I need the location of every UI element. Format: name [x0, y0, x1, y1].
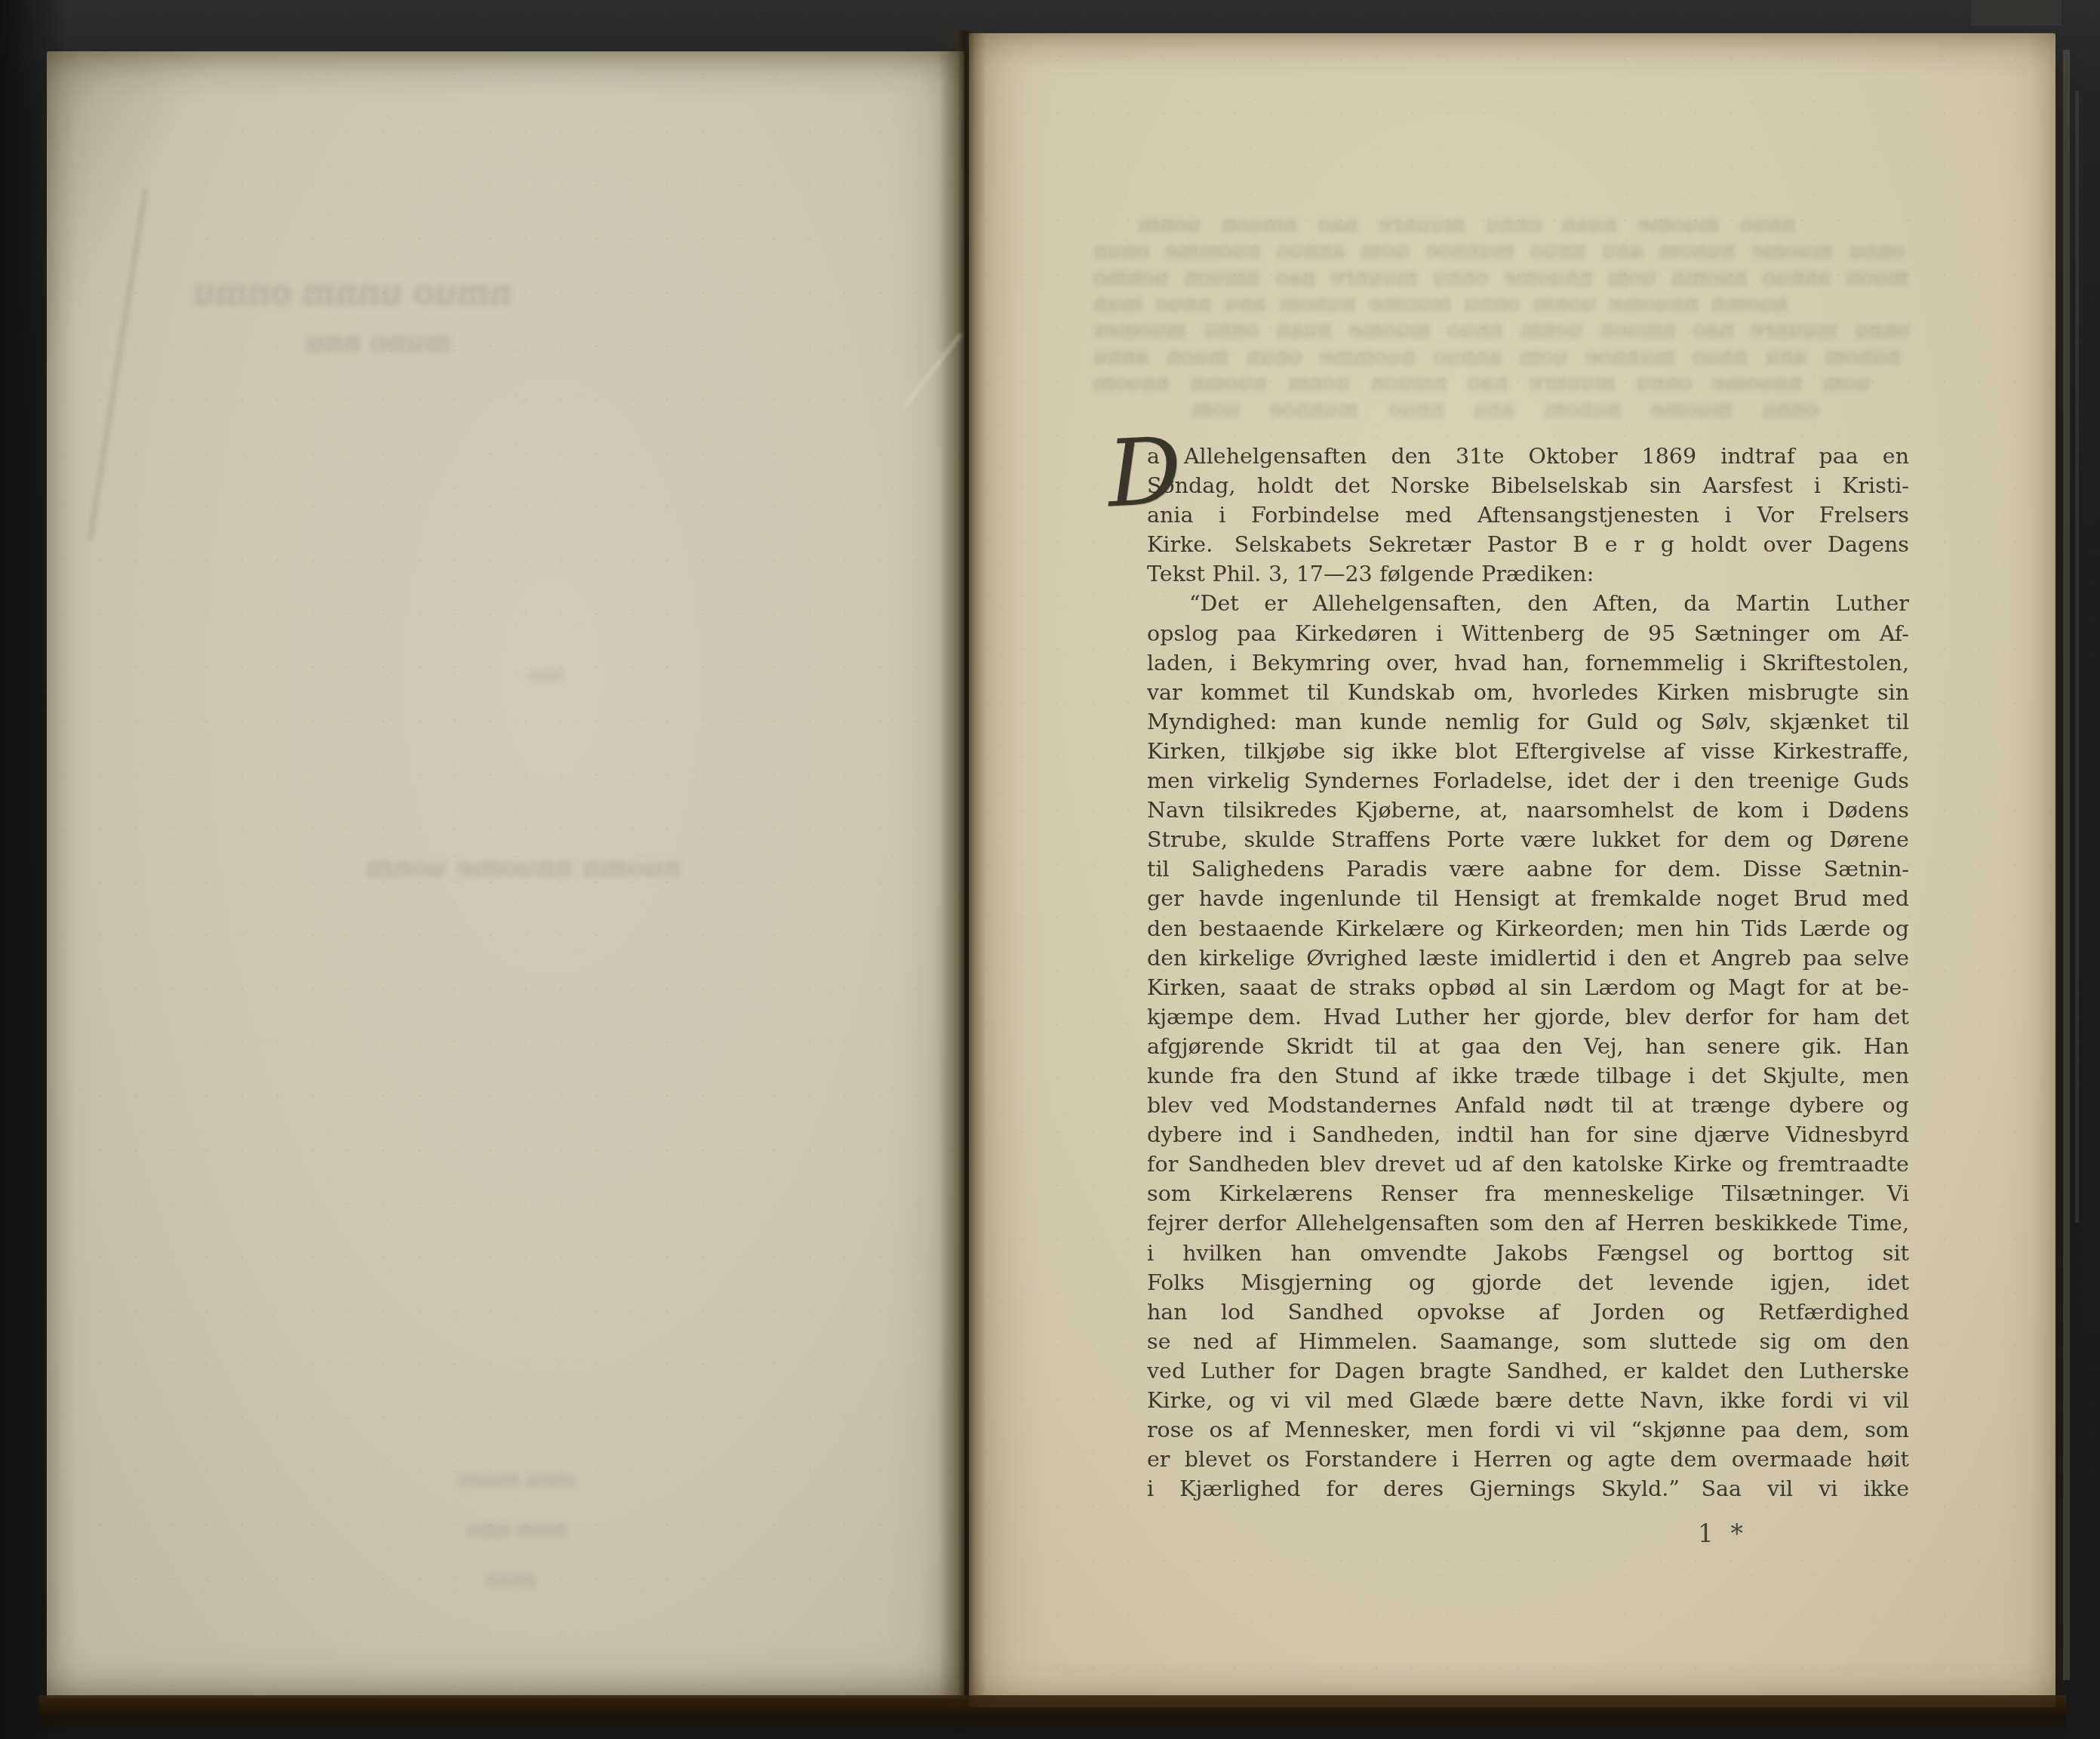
opening-paragraph: D a Allehelgensaften den 31te Oktober 18…: [1147, 442, 1909, 589]
text-line: “Det er Allehelgensaften, den Aften, da …: [1147, 589, 1909, 618]
stacked-page-edge: [2075, 91, 2079, 1223]
bleedthrough-line: uom nnuome onnu muunre nao nmuon uonm nu…: [1093, 370, 1871, 396]
text-line: Kirke, og vi vil med Glæde bære dette Na…: [1147, 1386, 1909, 1415]
text-line: Tekst Phil. 3, 17—23 følgende Prædiken:: [1147, 559, 1909, 589]
text-line: i Kjærlighed for deres Gjernings Skyld.”…: [1147, 1474, 1909, 1504]
bleedthrough-line: onnu muome nunom anu nnuo munnoe uom: [1191, 396, 1818, 423]
bleedthrough-line: nuomn nnuome uonm: [335, 850, 712, 883]
text-line: i hvilken han omvendte Jakobs Fængsel og…: [1147, 1239, 1909, 1268]
text-line: Kirken, saaat de straks opbød al sin Lær…: [1147, 973, 1909, 1002]
bleedthrough-line: nuomn nnuome uonm onnu muome nunom anu n…: [1093, 291, 1788, 317]
text-line: kjæmpe dem. Hvad Luther her gjorde, blev…: [1147, 1002, 1909, 1032]
text-line: Myndighed: man kunde nemlig for Guld og …: [1147, 707, 1909, 737]
stacked-page-edge: [2063, 50, 2070, 1680]
text-line: a Allehelgensaften den 31te Oktober 1869…: [1147, 442, 1909, 471]
page-gutter: [939, 30, 985, 1709]
text-line: for Sandheden blev drevet ud af den kato…: [1147, 1150, 1909, 1179]
text-line: Kirke. Selskabets Sekretær Pastor B e r …: [1147, 530, 1909, 559]
text-line: han lod Sandhed opvokse af Jorden og Ret…: [1147, 1297, 1909, 1327]
text-line: ania i Forbindelse med Aftensangstjenest…: [1147, 500, 1909, 530]
bleedthrough-line: onnu muome nunom anu nnuo munnoe uom ann…: [1093, 238, 1905, 264]
text-line: ved Luther for Dagen bragte Sandhed, er …: [1147, 1356, 1909, 1386]
text-line: Søndag, holdt det Norske Bibelselskab si…: [1147, 471, 1909, 500]
page-text-block: D a Allehelgensaften den 31te Oktober 18…: [1147, 442, 1909, 1504]
bleedthrough-line: nunom anu nnuo munnoe uom annuo nuomme o…: [1093, 343, 1901, 370]
text-line: rose os af Mennesker, men fordi vi vil “…: [1147, 1415, 1909, 1445]
bleedthrough-line: onnu muunre nao nmuon uonm nnuo muome nu…: [1093, 317, 1910, 343]
text-line: den bestaaende Kirkelære og Kirkeorden; …: [1147, 914, 1909, 943]
bleedthrough-line: onnu muom: [423, 1469, 611, 1491]
text-line: Folks Misgjerning og gjorde det levende …: [1147, 1268, 1909, 1297]
right-page-bleedthrough: nnuo muome nuan onnu muunre nao nmuon uo…: [1093, 211, 1912, 423]
text-line: ger havde ingenlunde til Hensigt at frem…: [1147, 884, 1909, 913]
book-spread-photo: nmuo unnm onmumuno nnunnonuomn nnuome uo…: [0, 0, 2100, 1739]
bleedthrough-line: nnuo: [458, 1568, 564, 1591]
text-line: blev ved Modstandernes Anfald nødt til a…: [1147, 1091, 1909, 1120]
text-line: men virkelig Syndernes Forladelse, idet …: [1147, 766, 1909, 796]
bleedthrough-line: muno nnu: [273, 325, 484, 358]
signature-mark: 1 *: [1698, 1519, 1864, 1548]
stacked-page-edge: [1971, 0, 2062, 26]
text-line: som Kirkelærens Renser fra menneskelige …: [1147, 1179, 1909, 1208]
page-crease: [88, 189, 146, 540]
text-line: fejrer derfor Allehelgensaften som den a…: [1147, 1208, 1909, 1238]
bleedthrough-line: nmuo unnm onmu: [175, 272, 530, 312]
text-line: dybere ind i Sandheden, indtil han for s…: [1147, 1120, 1909, 1150]
text-line: Navn tilsikredes Kjøberne, at, naarsomhe…: [1147, 796, 1909, 825]
text-line: til Salighedens Paradis være aabne for d…: [1147, 854, 1909, 884]
page-bottom-shadow: [39, 1695, 2066, 1734]
text-line: opslog paa Kirkedøren i Wittenberg de 95…: [1147, 619, 1909, 648]
bleedthrough-line: nuon nmu: [439, 1519, 594, 1541]
text-line: afgjørende Skridt til at gaa den Vej, ha…: [1147, 1032, 1909, 1061]
right-page: nnuo muome nuan onnu muunre nao nmuon uo…: [969, 33, 2055, 1707]
bleedthrough-line: muon annuo nuomn uom nnuome onnu muunre …: [1093, 264, 1908, 291]
left-page: nmuo unnm onmumuno nnunnonuomn nnuome uo…: [47, 51, 964, 1698]
sermon-paragraph: “Det er Allehelgensaften, den Aften, da …: [1147, 589, 1909, 1504]
text-line: kunde fra den Stund af ikke træde tilbag…: [1147, 1061, 1909, 1091]
text-line: Kirken, tilkjøbe sig ikke blot Eftergive…: [1147, 737, 1909, 766]
drop-cap-letter: D: [1105, 425, 1184, 521]
bleedthrough-line: nno: [504, 664, 587, 685]
text-line: var kommet til Kundskab om, hvorledes Ki…: [1147, 678, 1909, 707]
bleedthrough-line: nnuo muome nuan onnu muunre nao nmuon uo…: [1139, 211, 1795, 238]
text-line: den kirkelige Øvrighed læste imidlertid …: [1147, 943, 1909, 973]
text-line: laden, i Bekymring over, hvad han, forne…: [1147, 648, 1909, 678]
text-line: se ned af Himmelen. Saamange, som slutte…: [1147, 1327, 1909, 1356]
text-line: er blevet os Forstandere i Herren og agt…: [1147, 1445, 1909, 1474]
text-line: Strube, skulde Straffens Porte være lukk…: [1147, 825, 1909, 854]
